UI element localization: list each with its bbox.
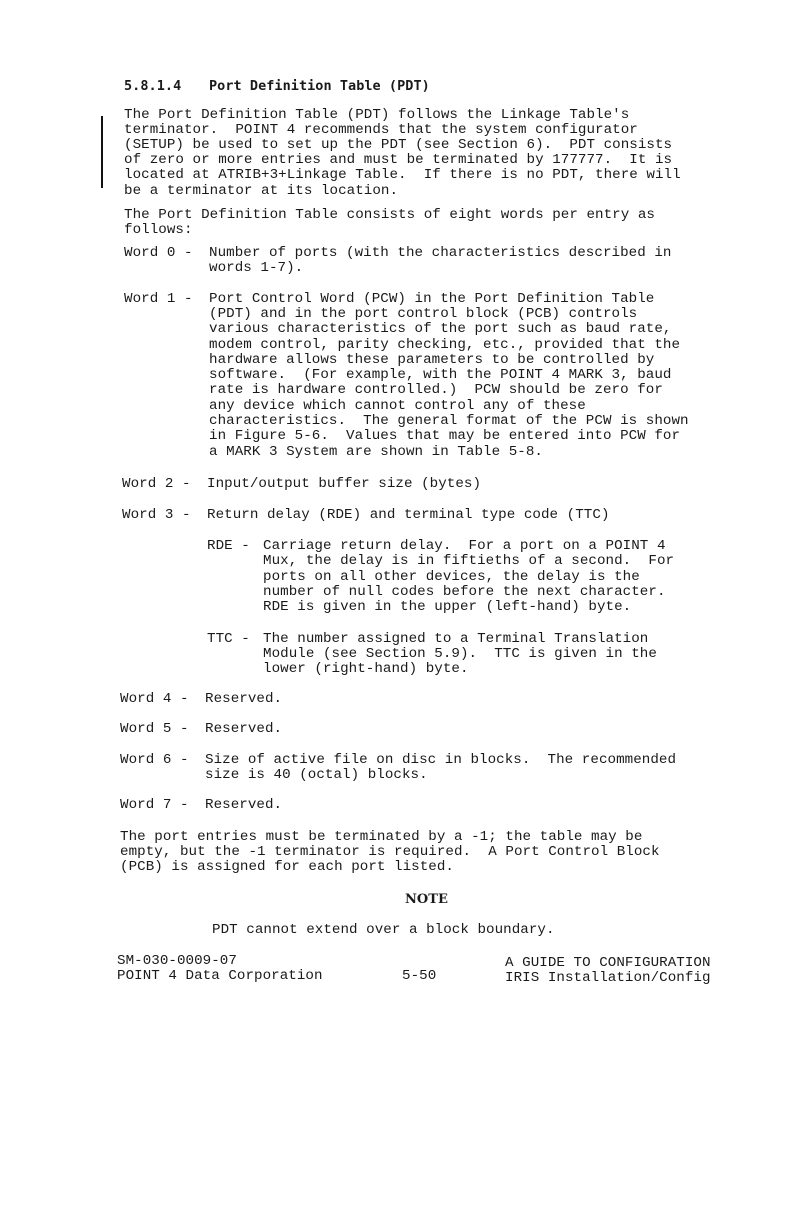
consists-line: follows: [124,223,193,238]
word-desc: words 1-7). [209,261,303,276]
note-heading: NOTE [405,892,448,907]
change-bar [101,116,103,188]
subitem-desc: The number assigned to a Terminal Transl… [263,632,648,647]
intro-line: located at ATRIB+3+Linkage Table. If the… [124,168,681,183]
closing-line: (PCB) is assigned for each port listed. [120,860,454,875]
subitem-desc: lower (right-hand) byte. [263,662,469,677]
subitem-label: TTC - [207,632,250,647]
footer-manual-title: IRIS Installation/Config [505,971,711,986]
word-label: Word 5 - [120,722,189,737]
word-label: Word 2 - [122,477,191,492]
word-desc: size is 40 (octal) blocks. [205,768,428,783]
consists-line: The Port Definition Table consists of ei… [124,208,655,223]
section-title: Port Definition Table (PDT) [209,79,430,94]
word-label: Word 4 - [120,692,189,707]
word-desc: Reserved. [205,722,282,737]
subitem-desc: Module (see Section 5.9). TTC is given i… [263,647,657,662]
intro-line: The Port Definition Table (PDT) follows … [124,108,629,123]
word-desc: any device which cannot control any of t… [209,399,586,414]
intro-line: of zero or more entries and must be term… [124,153,672,168]
word-desc: Input/output buffer size (bytes) [207,477,481,492]
footer-company: POINT 4 Data Corporation [117,969,323,984]
subitem-desc: Mux, the delay is in fiftieths of a seco… [263,554,674,569]
word-desc: characteristics. The general format of t… [209,414,689,429]
subitem-desc: Carriage return delay. For a port on a P… [263,539,666,554]
word-desc: Size of active file on disc in blocks. T… [205,753,676,768]
word-desc: Port Control Word (PCW) in the Port Defi… [209,292,654,307]
document-page: 5.8.1.4 Port Definition Table (PDT) The … [0,0,792,1224]
word-desc: Reserved. [205,798,282,813]
footer-guide-title: A GUIDE TO CONFIGURATION [505,956,711,971]
word-desc: Return delay (RDE) and terminal type cod… [207,508,610,523]
footer-page-number: 5-50 [402,969,436,984]
intro-line: be a terminator at its location. [124,184,398,199]
note-text: PDT cannot extend over a block boundary. [212,923,555,938]
intro-line: (SETUP) be used to set up the PDT (see S… [124,138,672,153]
subitem-desc: RDE is given in the upper (left-hand) by… [263,600,631,615]
word-label: Word 6 - [120,753,189,768]
subitem-desc: ports on all other devices, the delay is… [263,570,640,585]
closing-line: empty, but the -1 terminator is required… [120,845,660,860]
word-desc: a MARK 3 System are shown in Table 5-8. [209,445,543,460]
section-number: 5.8.1.4 [124,79,181,94]
subitem-label: RDE - [207,539,250,554]
word-label: Word 0 - [124,246,193,261]
word-desc: software. (For example, with the POINT 4… [209,368,671,383]
word-label: Word 7 - [120,798,189,813]
word-desc: modem control, parity checking, etc., pr… [209,338,680,353]
intro-line: terminator. POINT 4 recommends that the … [124,123,638,138]
subitem-desc: number of null codes before the next cha… [263,585,666,600]
word-desc: various characteristics of the port such… [209,322,671,337]
word-desc: (PDT) and in the port control block (PCB… [209,307,637,322]
closing-line: The port entries must be terminated by a… [120,830,642,845]
footer-doc-number: SM-030-0009-07 [117,954,237,969]
word-label: Word 3 - [122,508,191,523]
word-desc: Reserved. [205,692,282,707]
word-desc: Number of ports (with the characteristic… [209,246,671,261]
word-label: Word 1 - [124,292,193,307]
word-desc: rate is hardware controlled.) PCW should… [209,383,663,398]
word-desc: hardware allows these parameters to be c… [209,353,654,368]
word-desc: in Figure 5-6. Values that may be entere… [209,429,680,444]
